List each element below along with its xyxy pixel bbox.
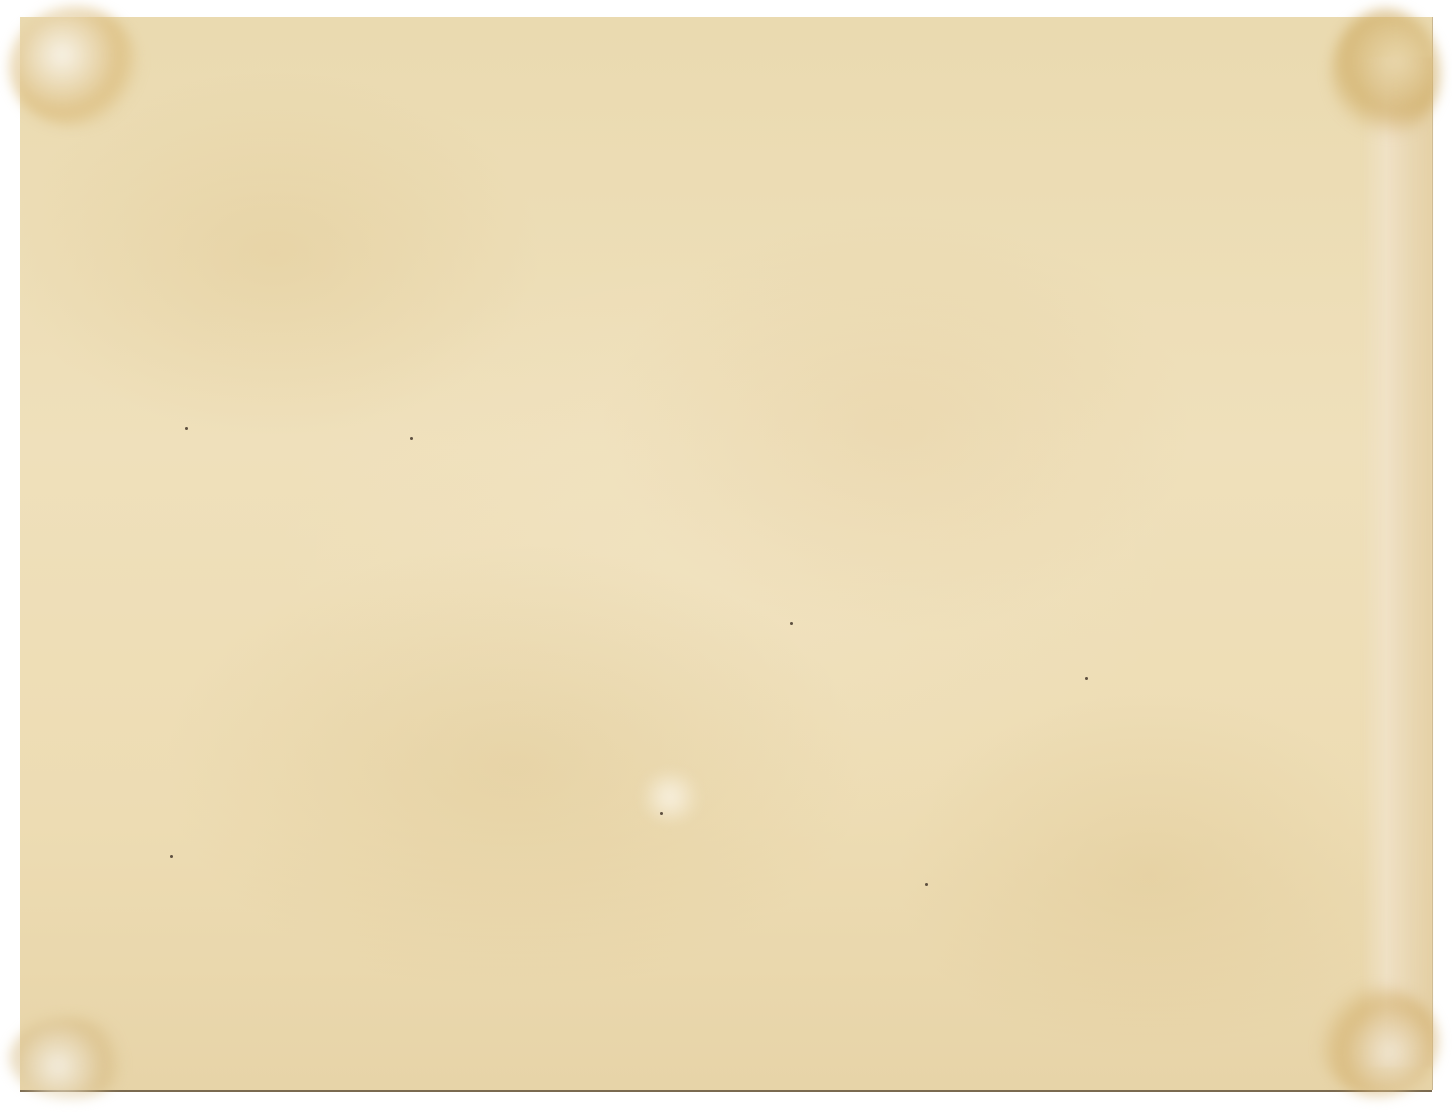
worn-spot-center: [635, 772, 705, 822]
speck: [790, 622, 793, 625]
tape-residue-right-edge: [1362, 57, 1432, 1067]
speck: [185, 427, 188, 430]
speck: [660, 812, 663, 815]
speck: [410, 437, 413, 440]
stain-top-left: [10, 7, 140, 127]
stain-bottom-left: [10, 1018, 130, 1098]
stain-top-right: [1330, 9, 1440, 139]
speck: [170, 855, 173, 858]
speck: [1085, 677, 1088, 680]
speck: [925, 883, 928, 886]
stain-bottom-right: [1318, 986, 1438, 1096]
aged-paper-sheet: [20, 17, 1432, 1090]
